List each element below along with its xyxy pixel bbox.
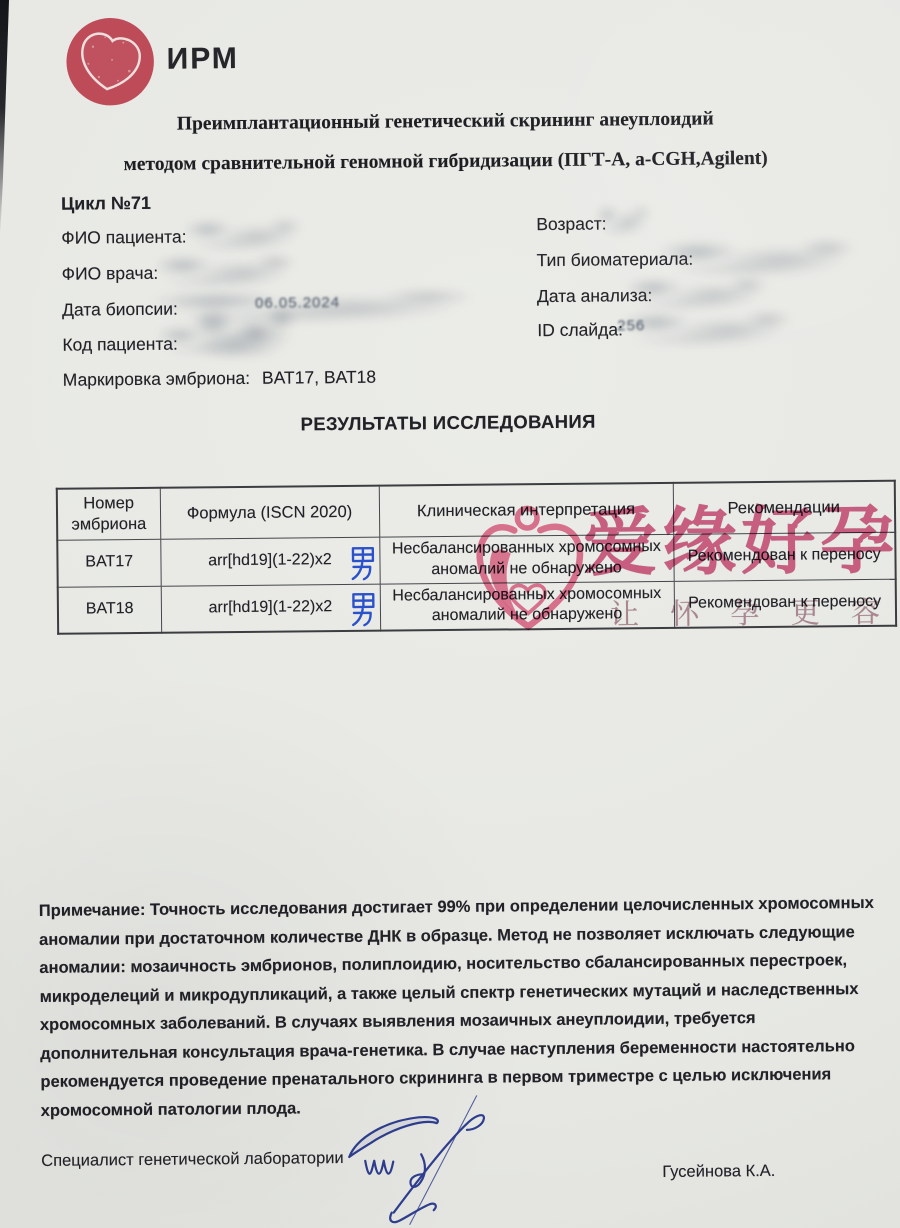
formula-text: arr[hd19](1-22)x2	[209, 598, 333, 616]
redaction-smudge	[607, 309, 803, 347]
redaction-smudge	[592, 204, 652, 235]
redaction-smudge	[641, 237, 867, 277]
document-photo: ИРМ Преимплантационный генетический скри…	[0, 0, 900, 1228]
interpretation-cell: Несбалансированных хромосомных аномалий …	[380, 581, 674, 631]
male-sex-character-icon	[349, 545, 376, 580]
formula-text: arr[hd19](1-22)x2	[208, 552, 332, 570]
formula-cell: arr[hd19](1-22)x2	[161, 584, 380, 633]
results-table: Номер эмбриона Формула (ISCN 2020) Клини…	[56, 480, 897, 635]
report-sheet: ИРМ Преимплантационный генетический скри…	[0, 0, 900, 1228]
irm-heart-stamp-icon	[62, 14, 158, 110]
specialist-role-label: Специалист генетической лаборатории	[41, 1149, 344, 1171]
recommendation-cell: Рекомендован к переносу	[673, 532, 895, 581]
field-label: Маркировка эмбриона:	[63, 368, 251, 390]
col-header-interpretation: Клиническая интерпретация	[379, 483, 673, 537]
report-title-line1: Преимплантационный генетический скрининг…	[0, 107, 895, 138]
col-header-formula: Формула (ISCN 2020)	[160, 486, 379, 540]
col-header-embryo: Номер эмбриона	[57, 488, 160, 540]
results-heading: РЕЗУЛЬТАТЫ ИССЛЕДОВАНИЯ	[0, 408, 898, 439]
table-row: BAT18 arr[hd19](1-22)x2 Несбалансированн…	[58, 579, 896, 634]
signer-name: Гусейнова К.А.	[662, 1162, 775, 1182]
embryo-id: BAT17	[57, 539, 160, 587]
recommendation-cell: Рекомендован к переносу	[674, 579, 896, 628]
redaction-smudge	[174, 217, 309, 250]
formula-cell: arr[hd19](1-22)x2	[160, 537, 379, 586]
table-row: BAT17 arr[hd19](1-22)x2 Несбалансированн…	[57, 532, 895, 587]
field-value: BAT17, BAT18	[262, 367, 376, 388]
logo-text: ИРМ	[167, 42, 239, 77]
col-header-recommendation: Рекомендации	[673, 481, 895, 535]
note-label: Примечание:	[39, 901, 146, 920]
cycle-number: Цикл №71	[61, 193, 151, 215]
redaction-smudge	[612, 275, 778, 311]
report-title-line2: методом сравнительной геномной гибридиза…	[0, 147, 896, 178]
signature-ink	[335, 1089, 531, 1228]
field-embryo-marking: Маркировка эмбриона: BAT17, BAT18	[63, 367, 377, 391]
redaction-smudge	[143, 252, 305, 288]
interpretation-cell: Несбалансированных хромосомных аномалий …	[379, 534, 673, 583]
note-text: Точность исследования достигает 99% при …	[39, 894, 874, 1120]
field-label: ФИО пациента:	[61, 227, 186, 248]
table-header-row: Номер эмбриона Формула (ISCN 2020) Клини…	[57, 481, 895, 541]
male-sex-character-icon	[349, 592, 376, 627]
redaction-smudge	[123, 287, 495, 325]
embryo-id: BAT18	[58, 586, 161, 634]
field-patient-name: ФИО пациента:	[61, 227, 186, 249]
